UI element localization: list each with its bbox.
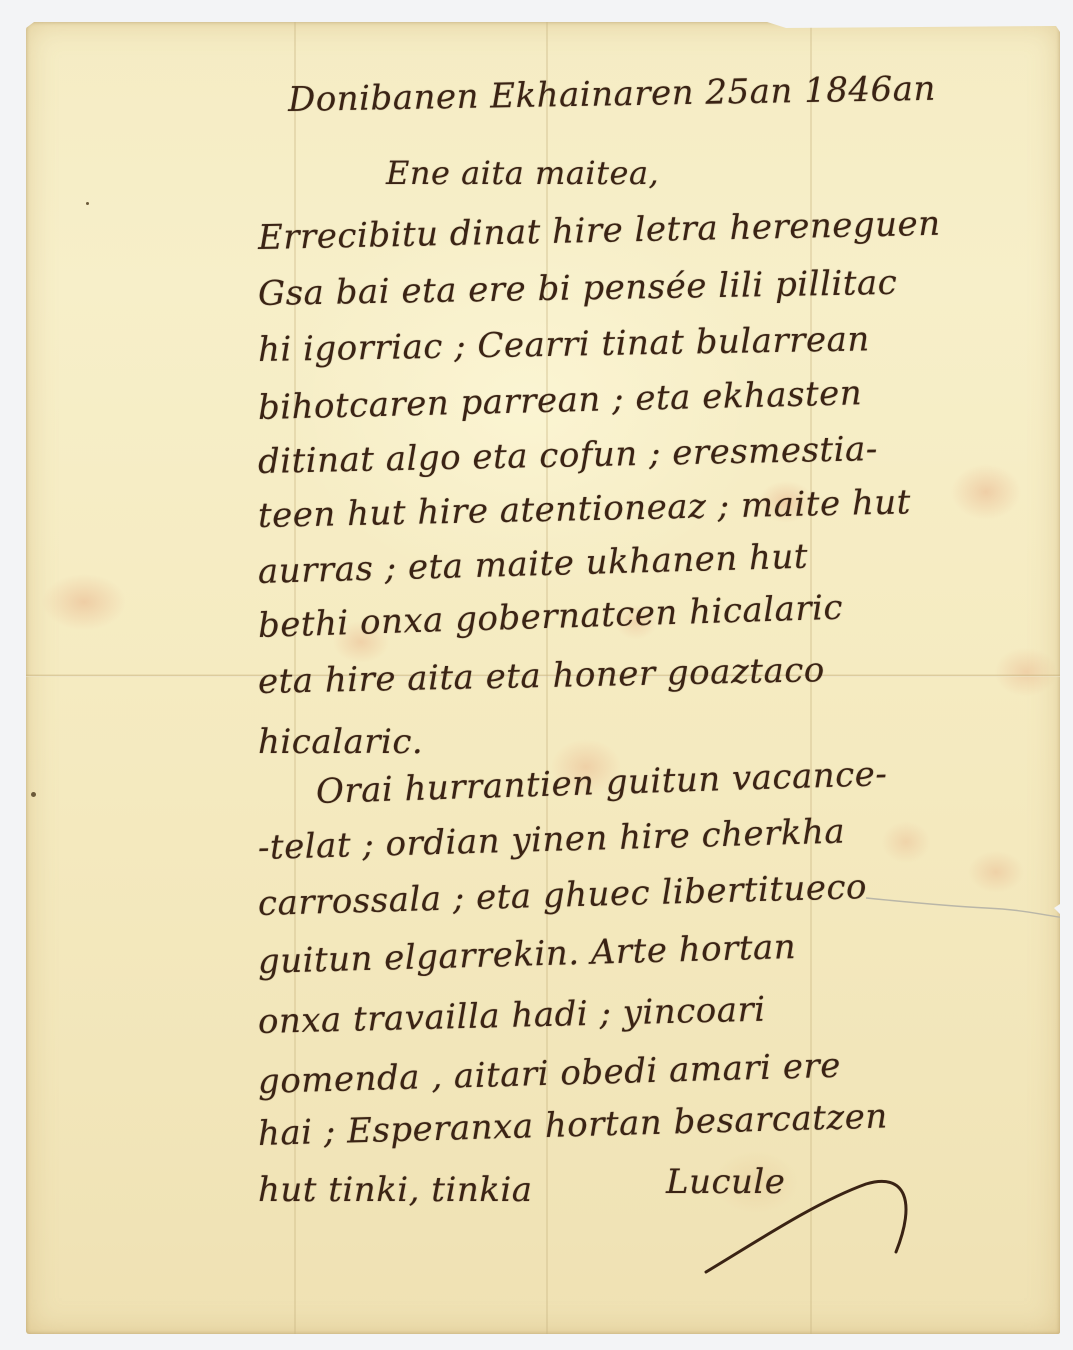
body-line: hicalaric. <box>258 722 423 762</box>
body-line: hut tinki, tinkia <box>258 1170 532 1210</box>
body-line: aurras ; eta maite ukhanen hut <box>257 537 808 592</box>
body-line: -telat ; ordian yinen hire cherkha <box>257 812 845 868</box>
body-line: hai ; Esperanxa hortan besarcatzen <box>257 1096 888 1154</box>
body-line: teen hut hire atentioneaz ; maite hut <box>258 482 912 536</box>
body-line: Orai hurrantien guitun vacance- <box>315 754 888 812</box>
body-line: eta hire aita eta honer goaztaco <box>258 650 826 702</box>
body-line: guitun elgarrekin. Arte hortan <box>257 927 796 982</box>
scanned-page: Donibanen Ekhainaren 25an 1846an Ene ait… <box>0 0 1073 1350</box>
body-line: gomenda , aitari obedi amari ere <box>257 1046 841 1102</box>
signature-flourish <box>666 1162 926 1282</box>
body-line: bihotcaren parrean ; eta ekhasten <box>258 373 863 428</box>
body-line: bethi onxa gobernatcen hicalaric <box>257 588 843 646</box>
letter-paper: Donibanen Ekhainaren 25an 1846an Ene ait… <box>26 22 1060 1334</box>
body-line: Errecibitu dinat hire letra hereneguen <box>258 204 941 258</box>
place-date-heading: Donibanen Ekhainaren 25an 1846an <box>288 69 937 120</box>
body-line: ditinat algo eta cofun ; eresmestia- <box>258 429 879 482</box>
body-line: onxa travailla hadi ; yincoari <box>258 990 767 1042</box>
letter-text: Donibanen Ekhainaren 25an 1846an Ene ait… <box>26 22 1060 1334</box>
body-line: carrossala ; eta ghuec libertitueco <box>257 867 867 924</box>
salutation: Ene aita maitea, <box>386 154 659 192</box>
body-line: Gsa bai eta ere bi pensée lili pillitac <box>258 263 898 314</box>
body-line: hi igorriac ; Cearri tinat bularrean <box>258 319 870 370</box>
